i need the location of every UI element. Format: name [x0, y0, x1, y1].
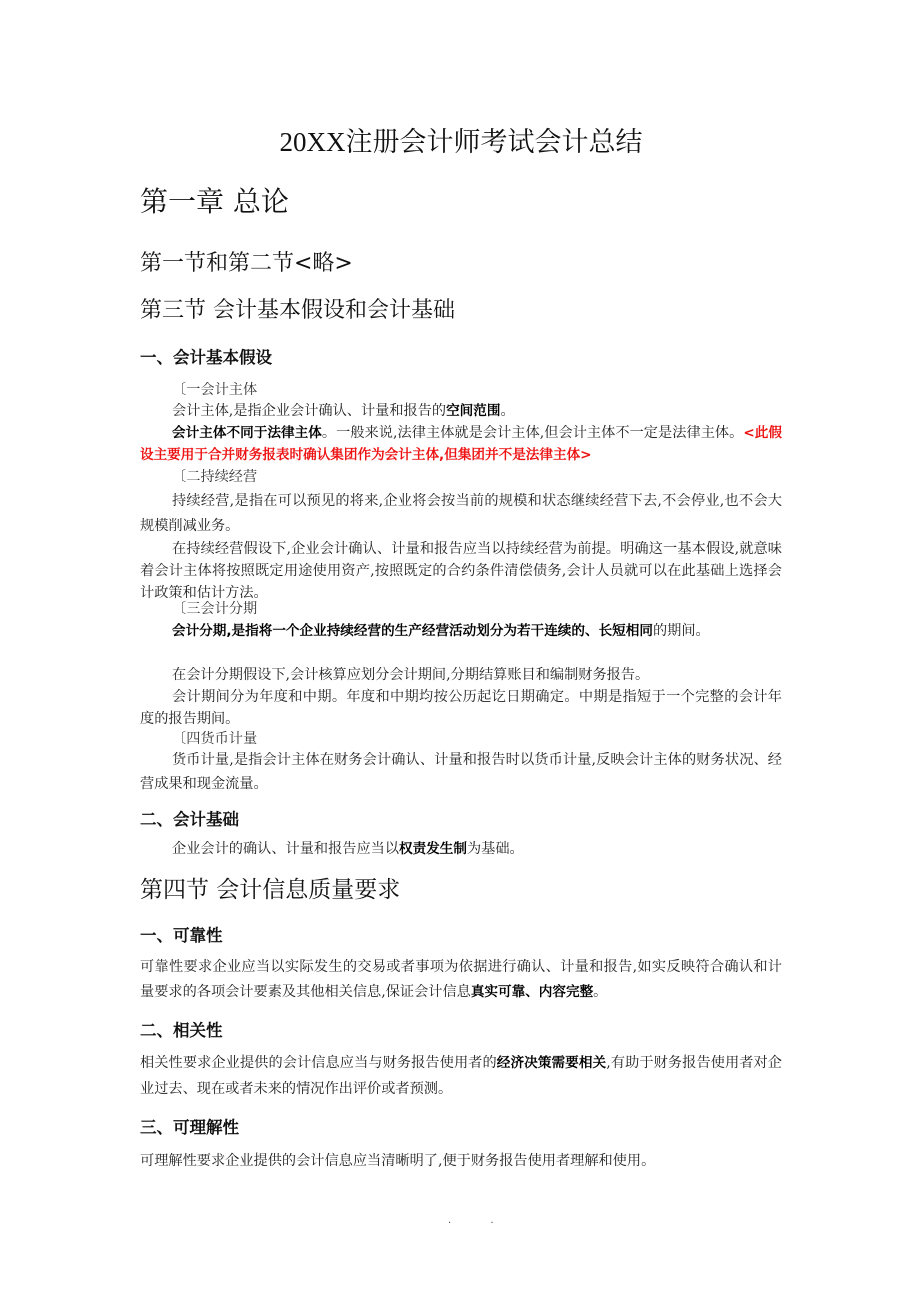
subsection-heading-accounting-basis: 二、会计基础 — [140, 806, 239, 830]
section-heading-1-2: 第一节和第二节<略> — [140, 246, 353, 277]
section-heading-4: 第四节 会计信息质量要求 — [140, 871, 400, 904]
item-label-monetary-measurement: 〔四货币计量 — [140, 728, 257, 748]
page-footer: . . — [448, 1215, 512, 1226]
paragraph: 可靠性要求企业应当以实际发生的交易或者事项为依据进行确认、计量和报告,如实反映符… — [140, 955, 782, 1005]
paragraph: 货币计量,是指会计主体在财务会计确认、计量和报告时以货币计量,反映会计主体的财务… — [140, 748, 782, 796]
paragraph: 持续经营,是指在可以预见的将来,企业将会按当前的规模和状态继续经营下去,不会停业… — [140, 489, 782, 539]
subsection-heading-relevance: 二、相关性 — [140, 1017, 223, 1041]
paragraph: 相关性要求企业提供的会计信息应当与财务报告使用者的经济决策需要相关,有助于财务报… — [140, 1050, 782, 1102]
document-title: 20XX注册会计师考试会计总结 — [140, 120, 782, 159]
subsection-heading-reliability: 一、可靠性 — [140, 922, 223, 946]
item-label-going-concern: 〔二持续经营 — [140, 466, 257, 486]
paragraph: 会计分期,是指将一个企业持续经营的生产经营活动划分为若干连续的、长短相同的期间。 — [140, 620, 782, 642]
paragraph: 可理解性要求企业提供的会计信息应当清晰明了,便于财务报告使用者理解和使用。 — [140, 1150, 782, 1172]
paragraph: 在会计分期假设下,会计核算应划分会计期间,分期结算账目和编制财务报告。 — [140, 664, 782, 686]
chapter-heading: 第一章 总论 — [140, 180, 289, 220]
item-label-accounting-entity: 〔一会计主体 — [140, 379, 257, 399]
item-label-accounting-period: 〔三会计分期 — [140, 598, 257, 618]
section-heading-3: 第三节 会计基本假设和会计基础 — [140, 293, 455, 324]
paragraph: 会计期间分为年度和中期。年度和中期均按公历起讫日期确定。中期是指短于一个完整的会… — [140, 686, 782, 730]
subsection-heading-understandability: 三、可理解性 — [140, 1114, 239, 1138]
subsection-heading-assumptions: 一、会计基本假设 — [140, 344, 272, 368]
paragraph: 在持续经营假设下,企业会计确认、计量和报告应当以持续经营为前提。明确这一基本假设… — [140, 538, 782, 604]
paragraph: 会计主体,是指企业会计确认、计量和报告的空间范围。 — [140, 400, 782, 422]
paragraph: 会计主体不同于法律主体。一般来说,法律主体就是会计主体,但会计主体不一定是法律主… — [140, 422, 782, 466]
paragraph: 企业会计的确认、计量和报告应当以权责发生制为基础。 — [140, 838, 782, 860]
